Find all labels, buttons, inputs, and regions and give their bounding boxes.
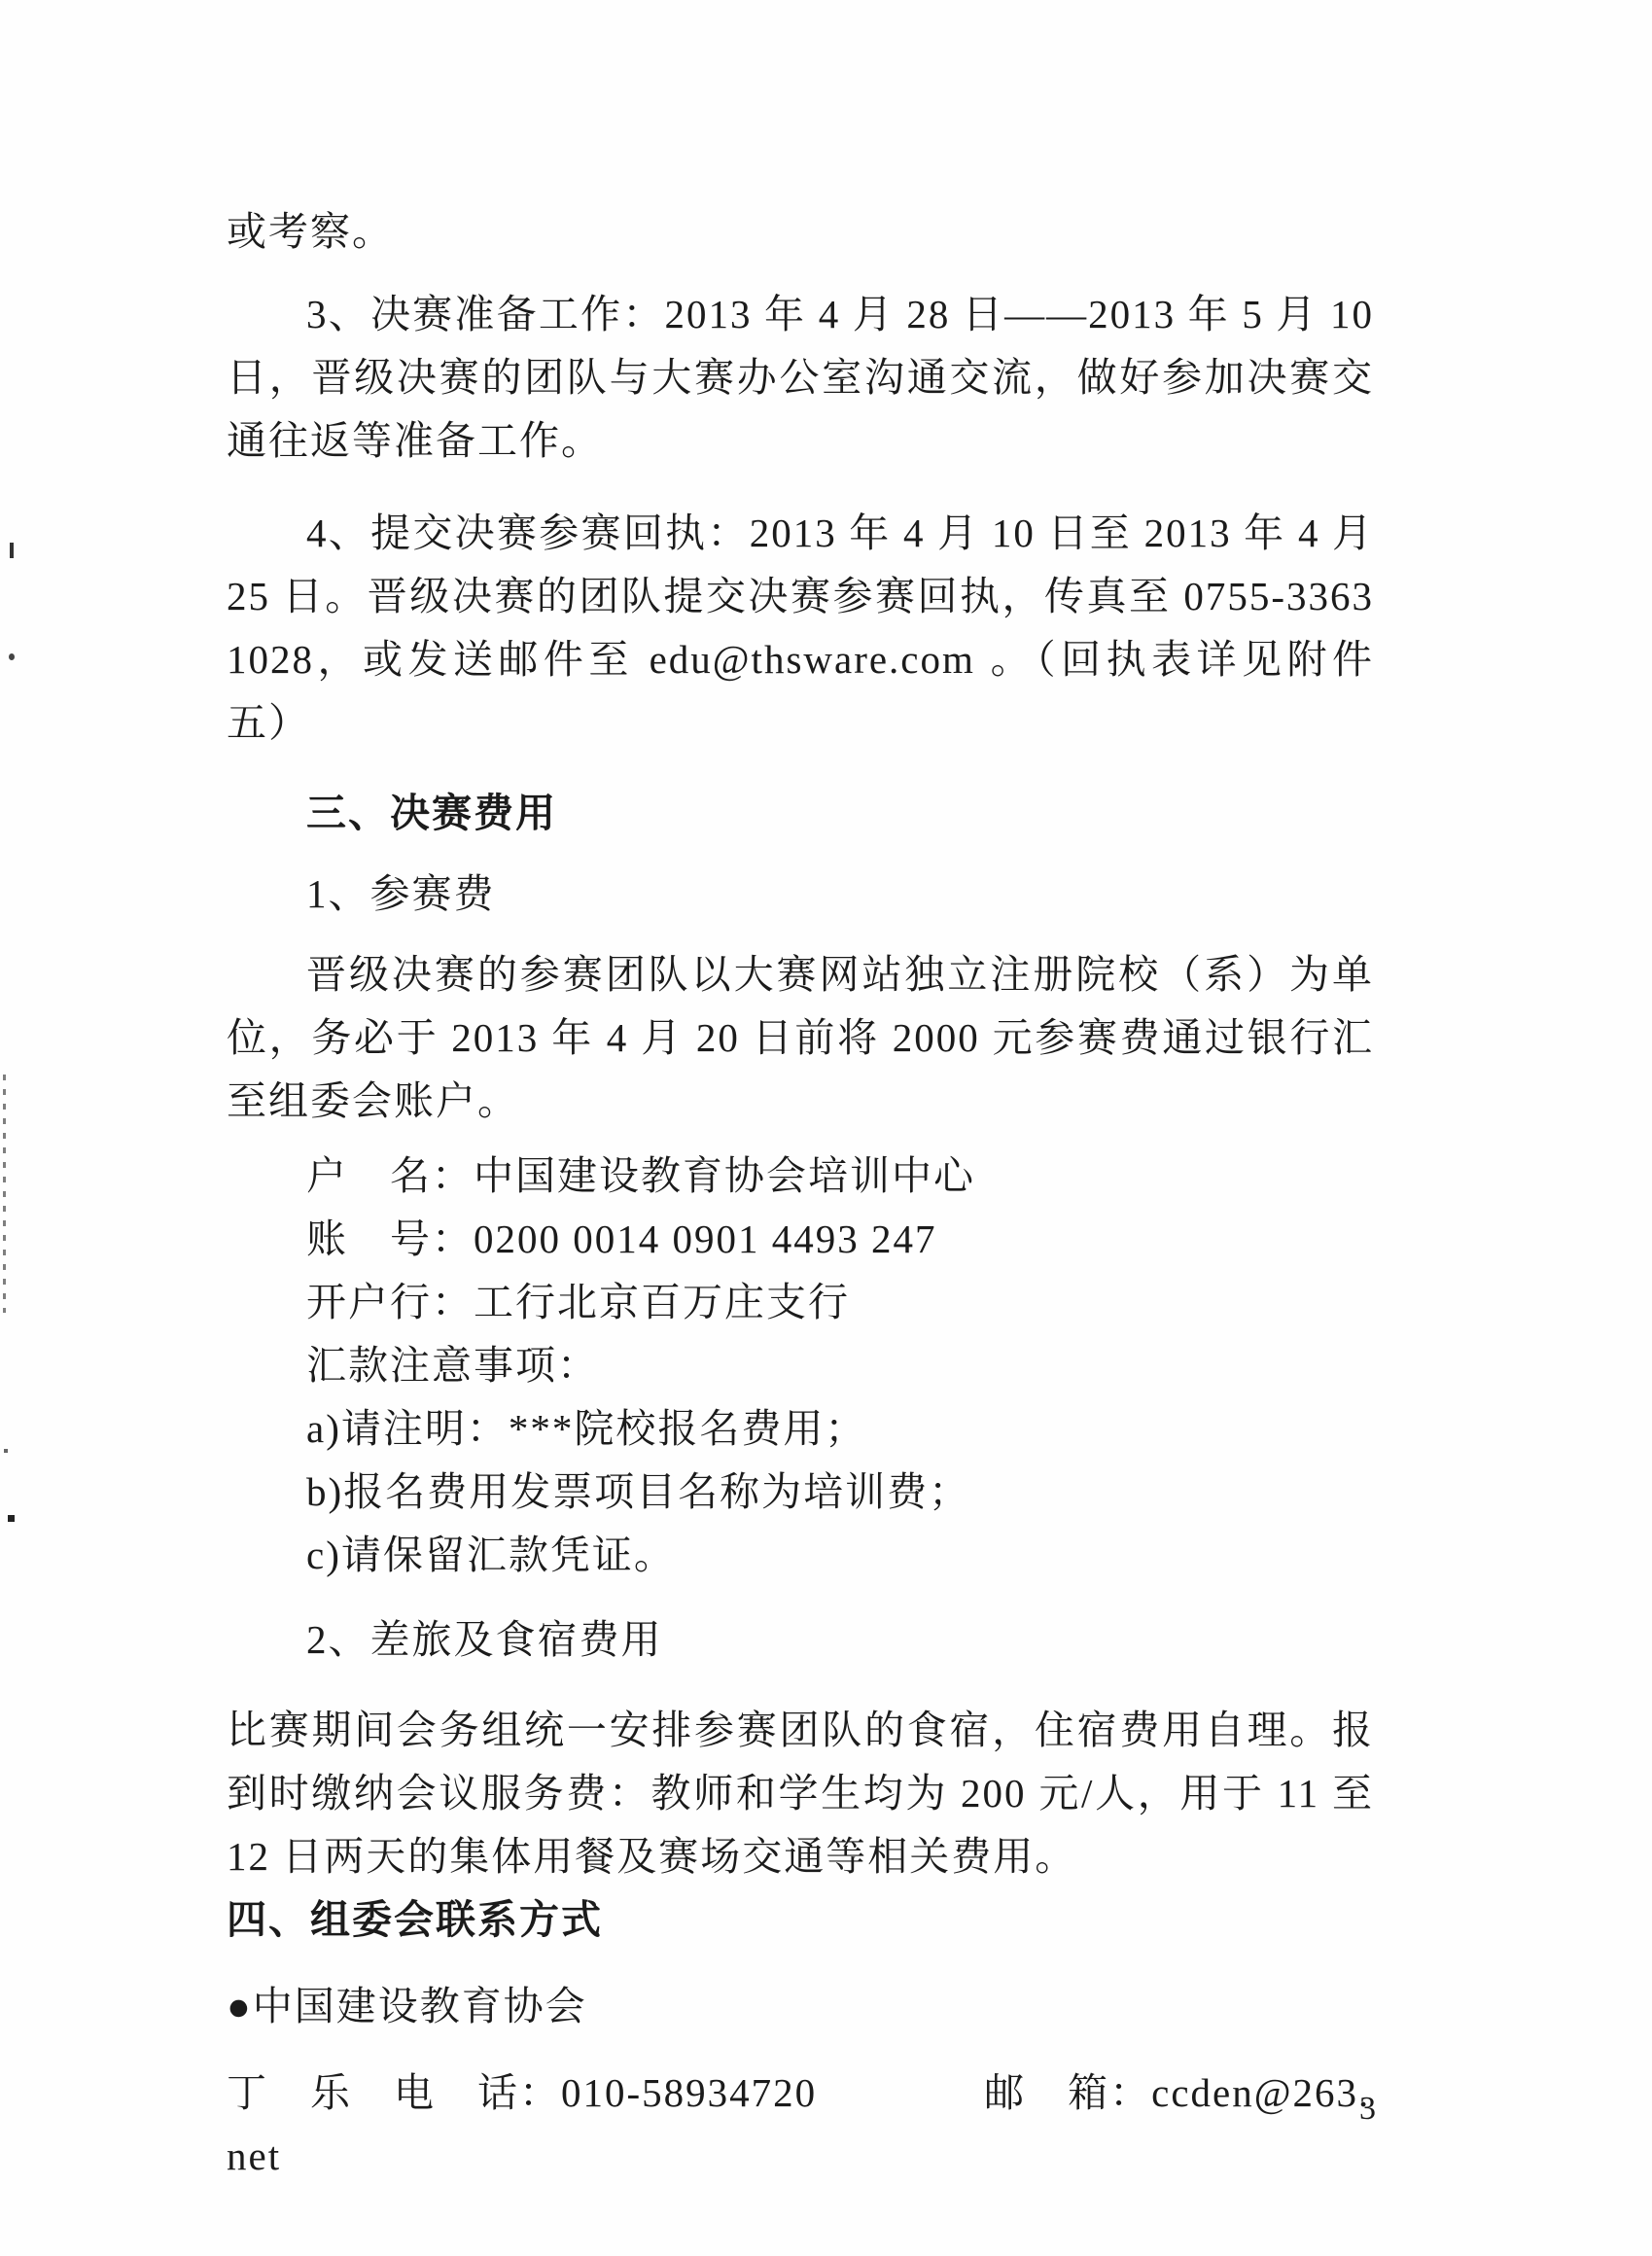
- association-name: 中国建设教育协会: [253, 1984, 587, 2028]
- heading-finals-fees: 三、决赛费用: [227, 782, 1374, 845]
- subheading-entry-fee: 1、参赛费: [227, 863, 1374, 926]
- para-entry-fee-detail: 晋级决赛的参赛团队以大赛网站独立注册院校（系）为单位，务必于 2013 年 4 …: [227, 943, 1374, 1133]
- line-note-c: c)请保留汇款凭证。: [227, 1524, 1374, 1587]
- line-bank-branch: 开户行：工行北京百万庄支行: [227, 1271, 1374, 1334]
- subheading-travel-board: 2、差旅及食宿费用: [227, 1608, 1374, 1672]
- line-account-name: 户 名：中国建设教育协会培训中心: [227, 1145, 1374, 1208]
- line-remittance-notes-label: 汇款注意事项：: [227, 1334, 1374, 1397]
- heading-committee-contact: 四、组委会联系方式: [227, 1888, 1374, 1952]
- scan-artifact-dot: [9, 653, 15, 660]
- scan-artifact-streak: [3, 1075, 6, 1313]
- bullet-icon: ●: [227, 1984, 253, 2028]
- line-note-a: a)请注明：***院校报名费用；: [227, 1397, 1374, 1461]
- page-number: 3: [1359, 2091, 1376, 2128]
- document-body: 或考察。 3、决赛准备工作：2013 年 4 月 28 日——2013 年 5 …: [227, 200, 1374, 2188]
- para-finals-preparation: 3、决赛准备工作：2013 年 4 月 28 日——2013 年 5 月 10 …: [227, 283, 1374, 473]
- para-submit-receipt: 4、提交决赛参赛回执：2013 年 4 月 10 日至 2013 年 4 月 2…: [227, 502, 1374, 755]
- scan-artifact-dot: [8, 1515, 15, 1522]
- para-travel-board-detail: 比赛期间会务组统一安排参赛团队的食宿，住宿费用自理。报到时缴纳会议服务费：教师和…: [227, 1699, 1374, 1888]
- line-sentence-tail: 或考察。: [227, 200, 1374, 264]
- scan-artifact-dot: [4, 1449, 8, 1453]
- document-page: 或考察。 3、决赛准备工作：2013 年 4 月 28 日——2013 年 5 …: [0, 0, 1652, 2256]
- line-association: ●中国建设教育协会: [227, 1975, 1374, 2038]
- line-contact-info: 丁 乐 电 话：010-58934720 邮 箱：ccden@263.net: [227, 2062, 1374, 2188]
- line-note-b: b)报名费用发票项目名称为培训费；: [227, 1461, 1374, 1524]
- line-account-number: 账 号：0200 0014 0901 4493 247: [227, 1208, 1374, 1271]
- scan-artifact-tick: [10, 543, 14, 558]
